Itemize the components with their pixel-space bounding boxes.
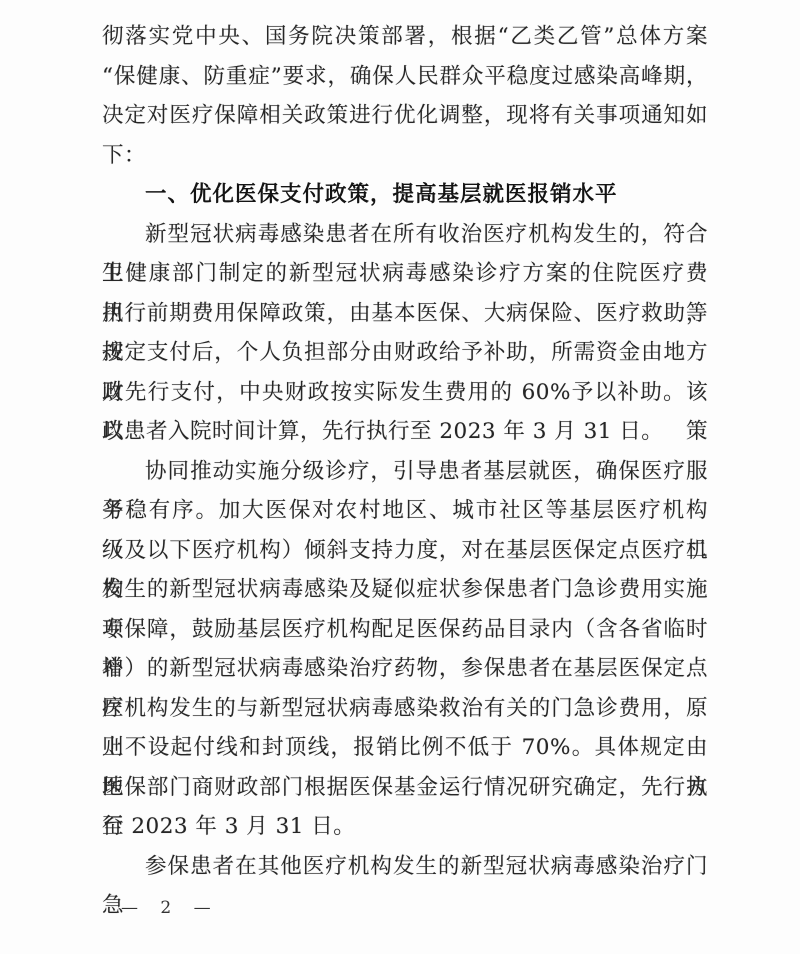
section-heading-1: 一、优化医保支付政策，提高基层就医报销水平 [102, 175, 708, 215]
body-line: 补）的新型冠状病毒感染治疗药物，参保患者在基层医保定点医 [102, 649, 708, 689]
body-line: 平稳有序。加大医保对农村地区、城市社区等基层医疗机构（二 [102, 491, 708, 531]
body-line: 下： [102, 136, 708, 176]
body-line: “保健康、防重症”要求，确保人民群众平稳度过感染高峰期， [102, 57, 708, 97]
document-body: 彻落实党中央、国务院决策部署，根据“乙类乙管”总体方案 “保健康、防重症”要求，… [102, 17, 708, 886]
paragraph-first-line: 参保患者在其他医疗机构发生的新型冠状病毒感染治疗门急 [102, 847, 708, 887]
body-line: 项保障，鼓励基层医疗机构配足医保药品目录内（含各省临时增 [102, 610, 708, 650]
body-line: 决定对医疗保障相关政策进行优化调整，现将有关事项通知如 [102, 96, 708, 136]
body-line: 医保部门商财政部门根据医保基金运行情况研究确定，先行执行 [102, 768, 708, 808]
body-line: 规定支付后，个人负担部分由财政给予补助，所需资金由地方财 [102, 333, 708, 373]
document-page: 彻落实党中央、国务院决策部署，根据“乙类乙管”总体方案 “保健康、防重症”要求，… [0, 0, 800, 954]
body-line: 彻落实党中央、国务院决策部署，根据“乙类乙管”总体方案 [102, 17, 708, 57]
body-line: 执行前期费用保障政策，由基本医保、大病保险、医疗救助等按 [102, 294, 708, 334]
body-line: 政先行支付，中央财政按实际发生费用的 60%予以补助。该政策 [102, 373, 708, 413]
body-line: 上不设起付线和封顶线，报销比例不低于 70%。具体规定由地方 [102, 728, 708, 768]
body-line: 发生的新型冠状病毒感染及疑似症状参保患者门急诊费用实施专 [102, 570, 708, 610]
body-line: 疗机构发生的与新型冠状病毒感染救治有关的门急诊费用，原则 [102, 689, 708, 729]
page-number: — 2 — [121, 896, 213, 920]
paragraph-first-line: 协同推动实施分级诊疗，引导患者基层就医，确保医疗服务 [102, 452, 708, 492]
body-line: 至 2023 年 3 月 31 日。 [102, 807, 708, 847]
paragraph-first-line: 新型冠状病毒感染患者在所有收治医疗机构发生的，符合卫 [102, 215, 708, 255]
body-line: 级及以下医疗机构）倾斜支持力度，对在基层医保定点医疗机构 [102, 531, 708, 571]
body-line: 以患者入院时间计算，先行执行至 2023 年 3 月 31 日。 [102, 412, 708, 452]
body-line: 生健康部门制定的新型冠状病毒感染诊疗方案的住院医疗费用， [102, 254, 708, 294]
